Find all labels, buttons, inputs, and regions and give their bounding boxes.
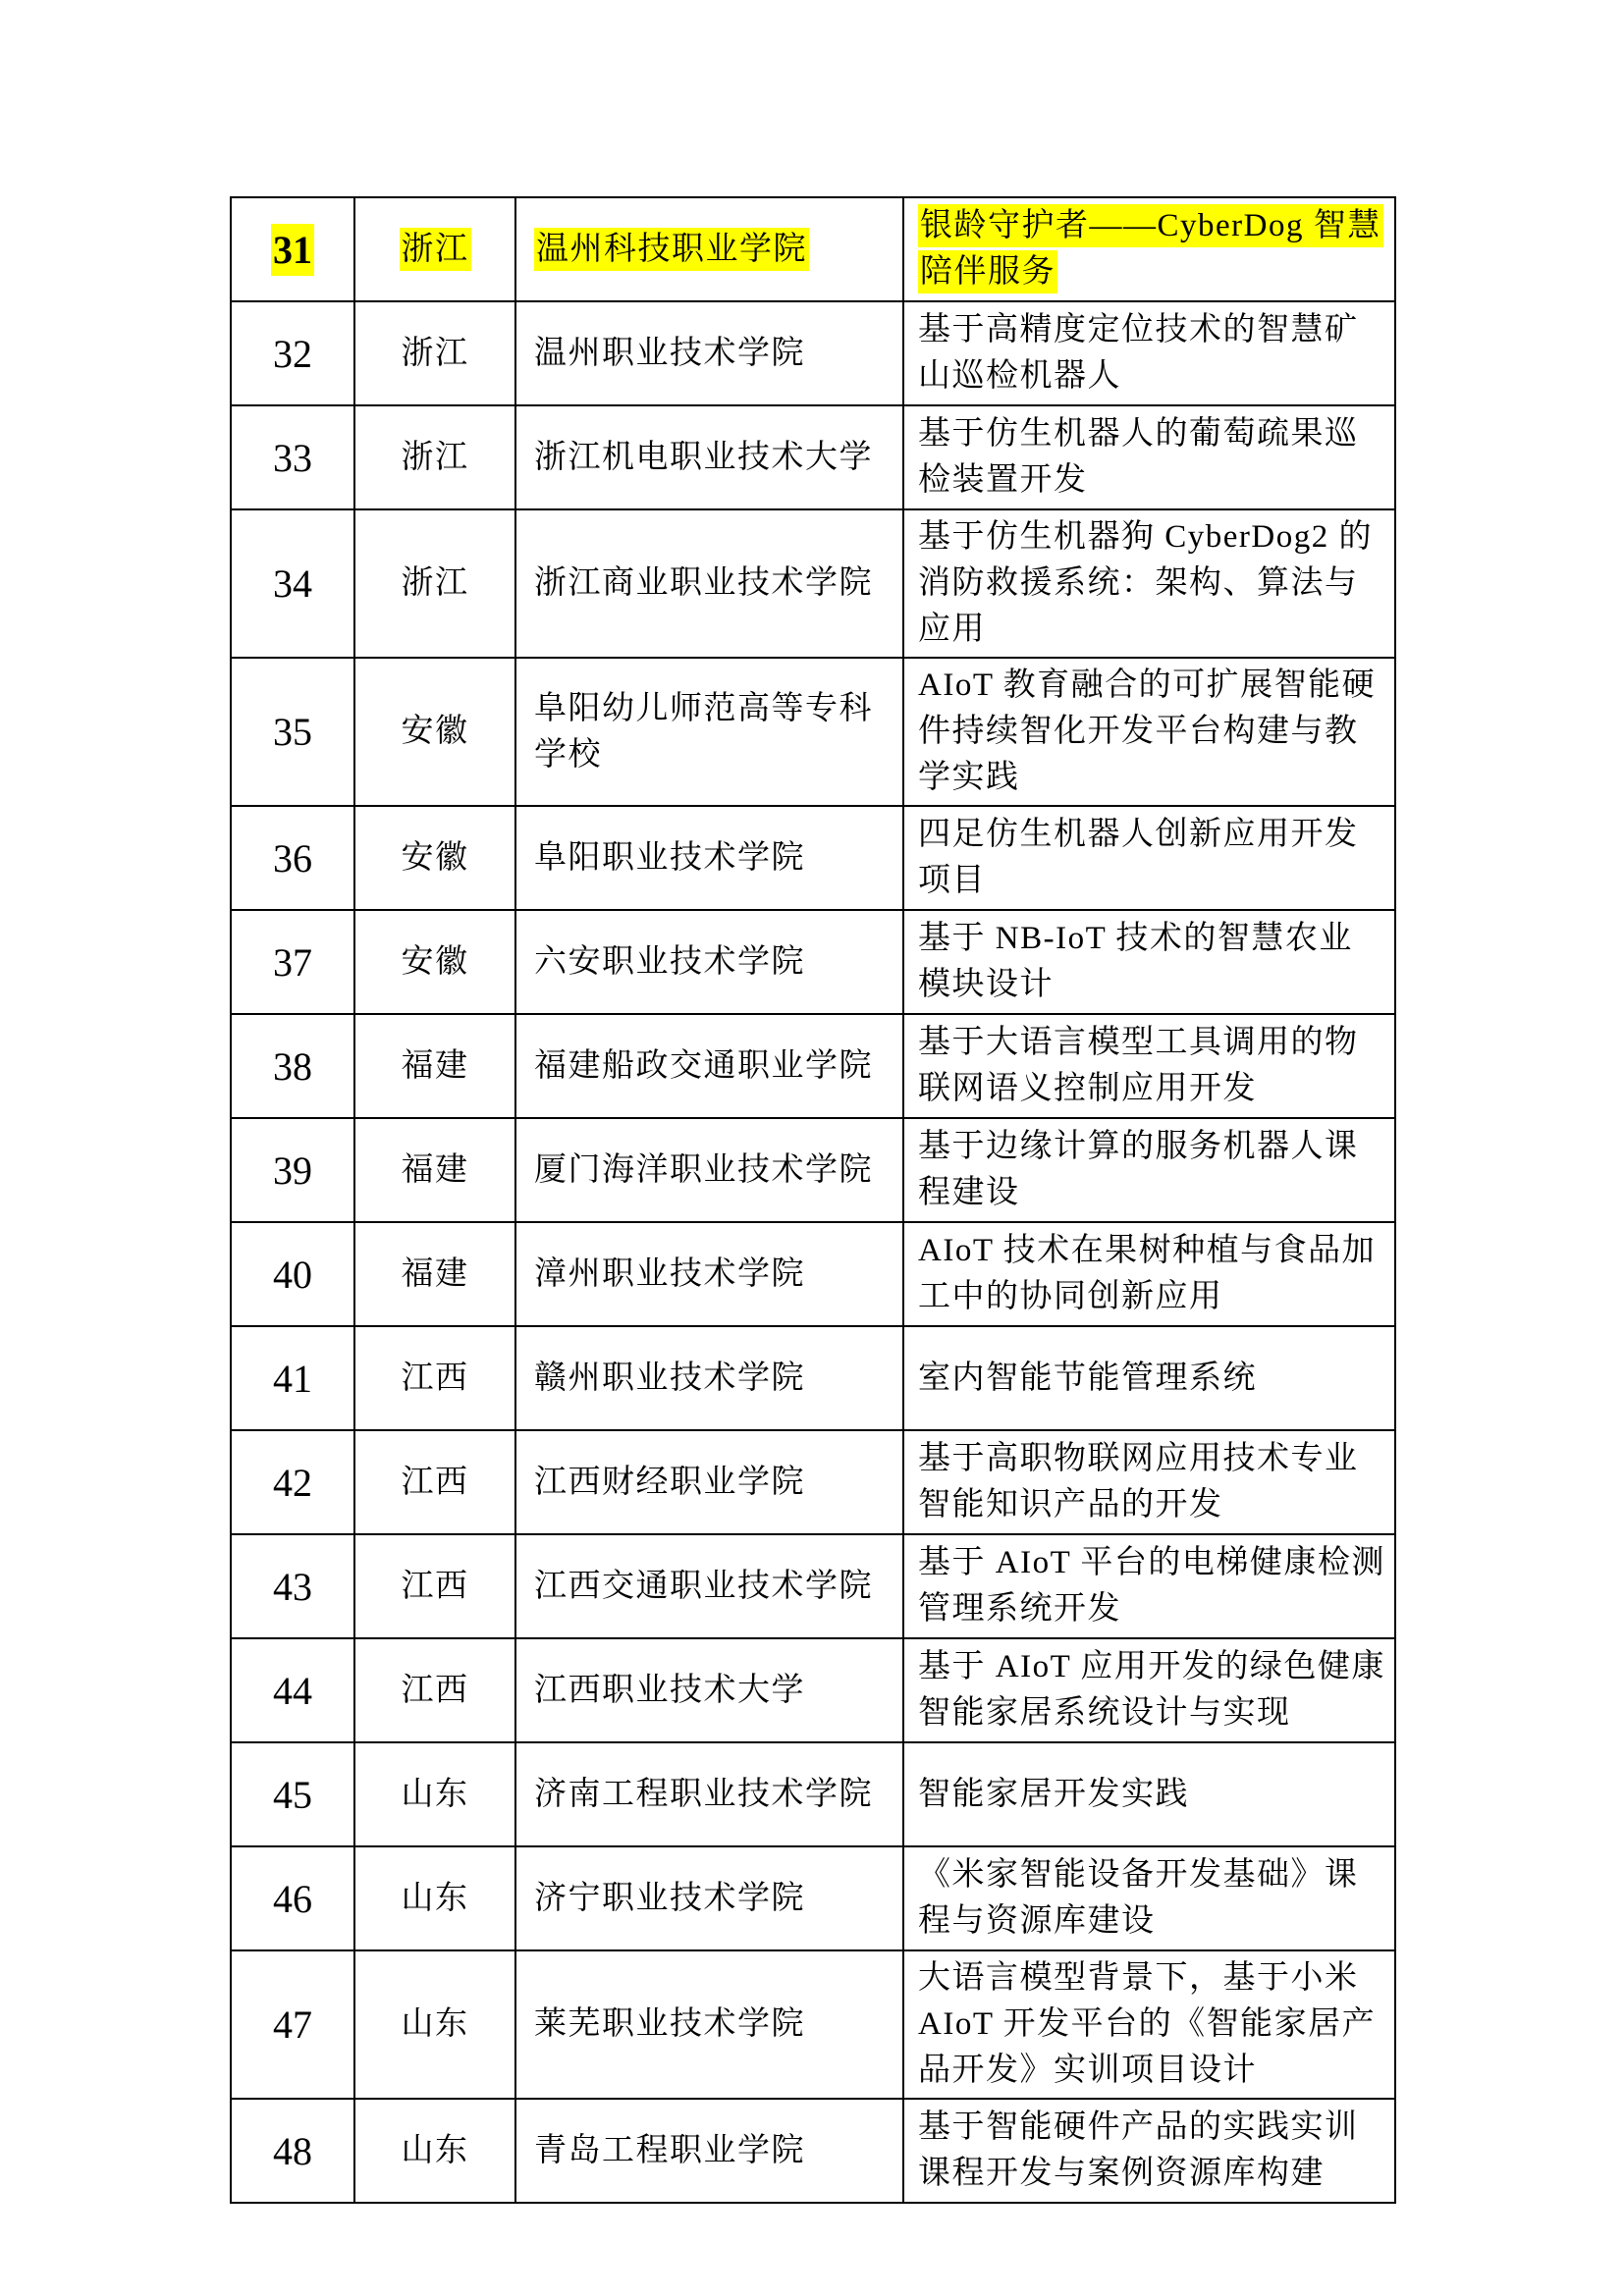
province-cell: 福建 [354,1118,515,1222]
row-number-cell: 44 [231,1638,354,1742]
province-cell: 江西 [354,1326,515,1430]
project-cell: 基于大语言模型工具调用的物联网语义控制应用开发 [903,1014,1395,1118]
row-number-cell: 32 [231,301,354,405]
table-row: 33 浙江 浙江机电职业技术大学 基于仿生机器人的葡萄疏果巡检装置开发 [231,405,1395,509]
province-label: 江西 [402,1673,469,1708]
project-title: 四足仿生机器人创新应用开发项目 [918,817,1359,898]
row-number-cell: 42 [231,1430,354,1534]
row-number: 43 [273,1565,312,1609]
row-number: 34 [273,561,312,606]
project-title: 基于大语言模型工具调用的物联网语义控制应用开发 [918,1025,1359,1106]
row-number-cell: 35 [231,658,354,806]
province-cell: 山东 [354,1846,515,1950]
school-cell: 福建船政交通职业学院 [515,1014,903,1118]
table-body: 31 浙江 温州科技职业学院 银龄守护者——CyberDog 智慧陪伴服务 32… [231,197,1395,2203]
table-row: 45 山东 济南工程职业技术学院 智能家居开发实践 [231,1742,1395,1846]
province-label: 山东 [402,2133,469,2168]
row-number-cell: 37 [231,910,354,1014]
province-cell: 浙江 [354,405,515,509]
school-cell: 济宁职业技术学院 [515,1846,903,1950]
table-container: 31 浙江 温州科技职业学院 银龄守护者——CyberDog 智慧陪伴服务 32… [230,196,1396,2204]
province-cell: 山东 [354,2099,515,2203]
school-cell: 温州职业技术学院 [515,301,903,405]
province-label: 江西 [402,1361,469,1396]
school-name: 温州职业技术学院 [534,336,805,371]
row-number: 47 [273,2002,312,2047]
province-label: 安徽 [402,840,469,876]
school-name: 青岛工程职业学院 [534,2133,805,2168]
table-row: 34 浙江 浙江商业职业技术学院 基于仿生机器狗 CyberDog2 的消防救援… [231,509,1395,658]
row-number: 36 [273,836,312,881]
school-name: 莱芜职业技术学院 [534,2006,805,2042]
project-cell: 《米家智能设备开发基础》课程与资源库建设 [903,1846,1395,1950]
project-cell: 基于 AIoT 应用开发的绿色健康智能家居系统设计与实现 [903,1638,1395,1742]
school-name: 六安职业技术学院 [534,944,805,980]
row-number-cell: 46 [231,1846,354,1950]
project-title: 大语言模型背景下，基于小米 AIoT 开发平台的《智能家居产品开发》实训项目设计 [918,1960,1376,2088]
project-cell: AIoT 教育融合的可扩展智能硬件持续智化开发平台构建与教学实践 [903,658,1395,806]
table-row: 37 安徽 六安职业技术学院 基于 NB-IoT 技术的智慧农业模块设计 [231,910,1395,1014]
project-title: 基于仿生机器狗 CyberDog2 的消防救援系统：架构、算法与应用 [918,519,1373,647]
school-name: 浙江机电职业技术大学 [534,440,873,475]
row-number-cell: 33 [231,405,354,509]
table-row: 38 福建 福建船政交通职业学院 基于大语言模型工具调用的物联网语义控制应用开发 [231,1014,1395,1118]
table-row: 32 浙江 温州职业技术学院 基于高精度定位技术的智慧矿山巡检机器人 [231,301,1395,405]
province-cell: 安徽 [354,806,515,910]
row-number: 46 [273,1877,312,1921]
province-cell: 山东 [354,1950,515,2099]
province-cell: 浙江 [354,197,515,301]
school-name: 江西交通职业技术学院 [534,1569,873,1604]
school-cell: 漳州职业技术学院 [515,1222,903,1326]
row-number-cell: 34 [231,509,354,658]
school-cell: 温州科技职业学院 [515,197,903,301]
province-label: 山东 [402,1881,469,1916]
project-cell: 室内智能节能管理系统 [903,1326,1395,1430]
row-number-cell: 36 [231,806,354,910]
table-row: 31 浙江 温州科技职业学院 银龄守护者——CyberDog 智慧陪伴服务 [231,197,1395,301]
province-label: 浙江 [400,228,471,271]
project-cell: 基于高职物联网应用技术专业智能知识产品的开发 [903,1430,1395,1534]
school-name: 江西职业技术大学 [534,1673,805,1708]
province-cell: 安徽 [354,910,515,1014]
school-name: 温州科技职业学院 [534,228,809,271]
province-cell: 江西 [354,1534,515,1638]
school-name: 济宁职业技术学院 [534,1881,805,1916]
project-cell: 四足仿生机器人创新应用开发项目 [903,806,1395,910]
project-list-table: 31 浙江 温州科技职业学院 银龄守护者——CyberDog 智慧陪伴服务 32… [230,196,1396,2204]
row-number: 38 [273,1044,312,1089]
project-cell: 智能家居开发实践 [903,1742,1395,1846]
project-title: 基于 AIoT 应用开发的绿色健康智能家居系统设计与实现 [918,1649,1385,1731]
row-number: 44 [273,1669,312,1713]
row-number: 45 [273,1773,312,1817]
row-number-cell: 43 [231,1534,354,1638]
school-name: 厦门海洋职业技术学院 [534,1152,873,1188]
project-title: 基于 AIoT 平台的电梯健康检测管理系统开发 [918,1545,1385,1627]
row-number: 48 [273,2129,312,2173]
row-number-cell: 31 [231,197,354,301]
project-title: AIoT 技术在果树种植与食品加工中的协同创新应用 [918,1233,1376,1314]
province-label: 山东 [402,2006,469,2042]
table-row: 48 山东 青岛工程职业学院 基于智能硬件产品的实践实训课程开发与案例资源库构建 [231,2099,1395,2203]
project-cell: 基于智能硬件产品的实践实训课程开发与案例资源库构建 [903,2099,1395,2203]
province-label: 浙江 [402,440,469,475]
province-cell: 江西 [354,1638,515,1742]
project-cell: 基于边缘计算的服务机器人课程建设 [903,1118,1395,1222]
school-name: 漳州职业技术学院 [534,1256,805,1292]
province-label: 江西 [402,1569,469,1604]
table-row: 41 江西 赣州职业技术学院 室内智能节能管理系统 [231,1326,1395,1430]
project-title: 基于高职物联网应用技术专业智能知识产品的开发 [918,1441,1359,1522]
table-row: 36 安徽 阜阳职业技术学院 四足仿生机器人创新应用开发项目 [231,806,1395,910]
school-name: 福建船政交通职业学院 [534,1048,873,1084]
province-label: 江西 [402,1465,469,1500]
school-cell: 青岛工程职业学院 [515,2099,903,2203]
table-row: 44 江西 江西职业技术大学 基于 AIoT 应用开发的绿色健康智能家居系统设计… [231,1638,1395,1742]
school-cell: 江西职业技术大学 [515,1638,903,1742]
school-cell: 莱芜职业技术学院 [515,1950,903,2099]
table-row: 35 安徽 阜阳幼儿师范高等专科学校 AIoT 教育融合的可扩展智能硬件持续智化… [231,658,1395,806]
school-cell: 六安职业技术学院 [515,910,903,1014]
row-number-cell: 48 [231,2099,354,2203]
row-number: 35 [273,710,312,754]
province-cell: 浙江 [354,509,515,658]
row-number: 42 [273,1461,312,1505]
project-title: 基于 NB-IoT 技术的智慧农业模块设计 [918,921,1353,1002]
row-number-cell: 39 [231,1118,354,1222]
project-cell: 银龄守护者——CyberDog 智慧陪伴服务 [903,197,1395,301]
school-name: 阜阳幼儿师范高等专科学校 [534,691,873,773]
project-title: AIoT 教育融合的可扩展智能硬件持续智化开发平台构建与教学实践 [918,667,1376,795]
table-row: 47 山东 莱芜职业技术学院 大语言模型背景下，基于小米 AIoT 开发平台的《… [231,1950,1395,2099]
row-number-cell: 40 [231,1222,354,1326]
row-number: 41 [273,1357,312,1401]
row-number: 39 [273,1148,312,1193]
school-name: 浙江商业职业技术学院 [534,565,873,601]
project-title: 基于高精度定位技术的智慧矿山巡检机器人 [918,312,1359,394]
province-label: 福建 [402,1048,469,1084]
province-label: 安徽 [402,714,469,749]
province-label: 福建 [402,1152,469,1188]
row-number: 32 [273,332,312,376]
project-cell: 基于仿生机器狗 CyberDog2 的消防救援系统：架构、算法与应用 [903,509,1395,658]
school-cell: 江西交通职业技术学院 [515,1534,903,1638]
school-cell: 阜阳职业技术学院 [515,806,903,910]
school-cell: 浙江机电职业技术大学 [515,405,903,509]
school-cell: 浙江商业职业技术学院 [515,509,903,658]
school-name: 阜阳职业技术学院 [534,840,805,876]
row-number: 31 [271,224,314,276]
school-cell: 江西财经职业学院 [515,1430,903,1534]
table-row: 42 江西 江西财经职业学院 基于高职物联网应用技术专业智能知识产品的开发 [231,1430,1395,1534]
project-cell: 大语言模型背景下，基于小米 AIoT 开发平台的《智能家居产品开发》实训项目设计 [903,1950,1395,2099]
province-cell: 福建 [354,1014,515,1118]
row-number-cell: 47 [231,1950,354,2099]
row-number-cell: 41 [231,1326,354,1430]
province-label: 山东 [402,1777,469,1812]
project-cell: 基于 AIoT 平台的电梯健康检测管理系统开发 [903,1534,1395,1638]
school-name: 江西财经职业学院 [534,1465,805,1500]
province-label: 浙江 [402,336,469,371]
school-cell: 厦门海洋职业技术学院 [515,1118,903,1222]
province-cell: 江西 [354,1430,515,1534]
project-title: 基于仿生机器人的葡萄疏果巡检装置开发 [918,416,1359,498]
row-number: 40 [273,1253,312,1297]
project-title: 基于边缘计算的服务机器人课程建设 [918,1129,1359,1210]
school-name: 济南工程职业技术学院 [534,1777,873,1812]
row-number-cell: 38 [231,1014,354,1118]
school-cell: 济南工程职业技术学院 [515,1742,903,1846]
school-cell: 阜阳幼儿师范高等专科学校 [515,658,903,806]
row-number: 37 [273,940,312,985]
project-cell: 基于高精度定位技术的智慧矿山巡检机器人 [903,301,1395,405]
project-title: 银龄守护者——CyberDog 智慧陪伴服务 [918,204,1383,294]
province-cell: 福建 [354,1222,515,1326]
table-row: 39 福建 厦门海洋职业技术学院 基于边缘计算的服务机器人课程建设 [231,1118,1395,1222]
province-label: 福建 [402,1256,469,1292]
project-title: 《米家智能设备开发基础》课程与资源库建设 [918,1857,1359,1939]
document-page: 31 浙江 温州科技职业学院 银龄守护者——CyberDog 智慧陪伴服务 32… [0,0,1624,2296]
project-title: 基于智能硬件产品的实践实训课程开发与案例资源库构建 [918,2109,1359,2191]
project-cell: 基于 NB-IoT 技术的智慧农业模块设计 [903,910,1395,1014]
school-name: 赣州职业技术学院 [534,1361,805,1396]
table-row: 46 山东 济宁职业技术学院 《米家智能设备开发基础》课程与资源库建设 [231,1846,1395,1950]
table-row: 40 福建 漳州职业技术学院 AIoT 技术在果树种植与食品加工中的协同创新应用 [231,1222,1395,1326]
province-cell: 浙江 [354,301,515,405]
province-label: 安徽 [402,944,469,980]
province-cell: 山东 [354,1742,515,1846]
project-title: 智能家居开发实践 [918,1777,1189,1812]
project-title: 室内智能节能管理系统 [918,1361,1257,1396]
table-row: 43 江西 江西交通职业技术学院 基于 AIoT 平台的电梯健康检测管理系统开发 [231,1534,1395,1638]
province-label: 浙江 [402,565,469,601]
row-number-cell: 45 [231,1742,354,1846]
school-cell: 赣州职业技术学院 [515,1326,903,1430]
project-cell: AIoT 技术在果树种植与食品加工中的协同创新应用 [903,1222,1395,1326]
row-number: 33 [273,436,312,480]
project-cell: 基于仿生机器人的葡萄疏果巡检装置开发 [903,405,1395,509]
province-cell: 安徽 [354,658,515,806]
